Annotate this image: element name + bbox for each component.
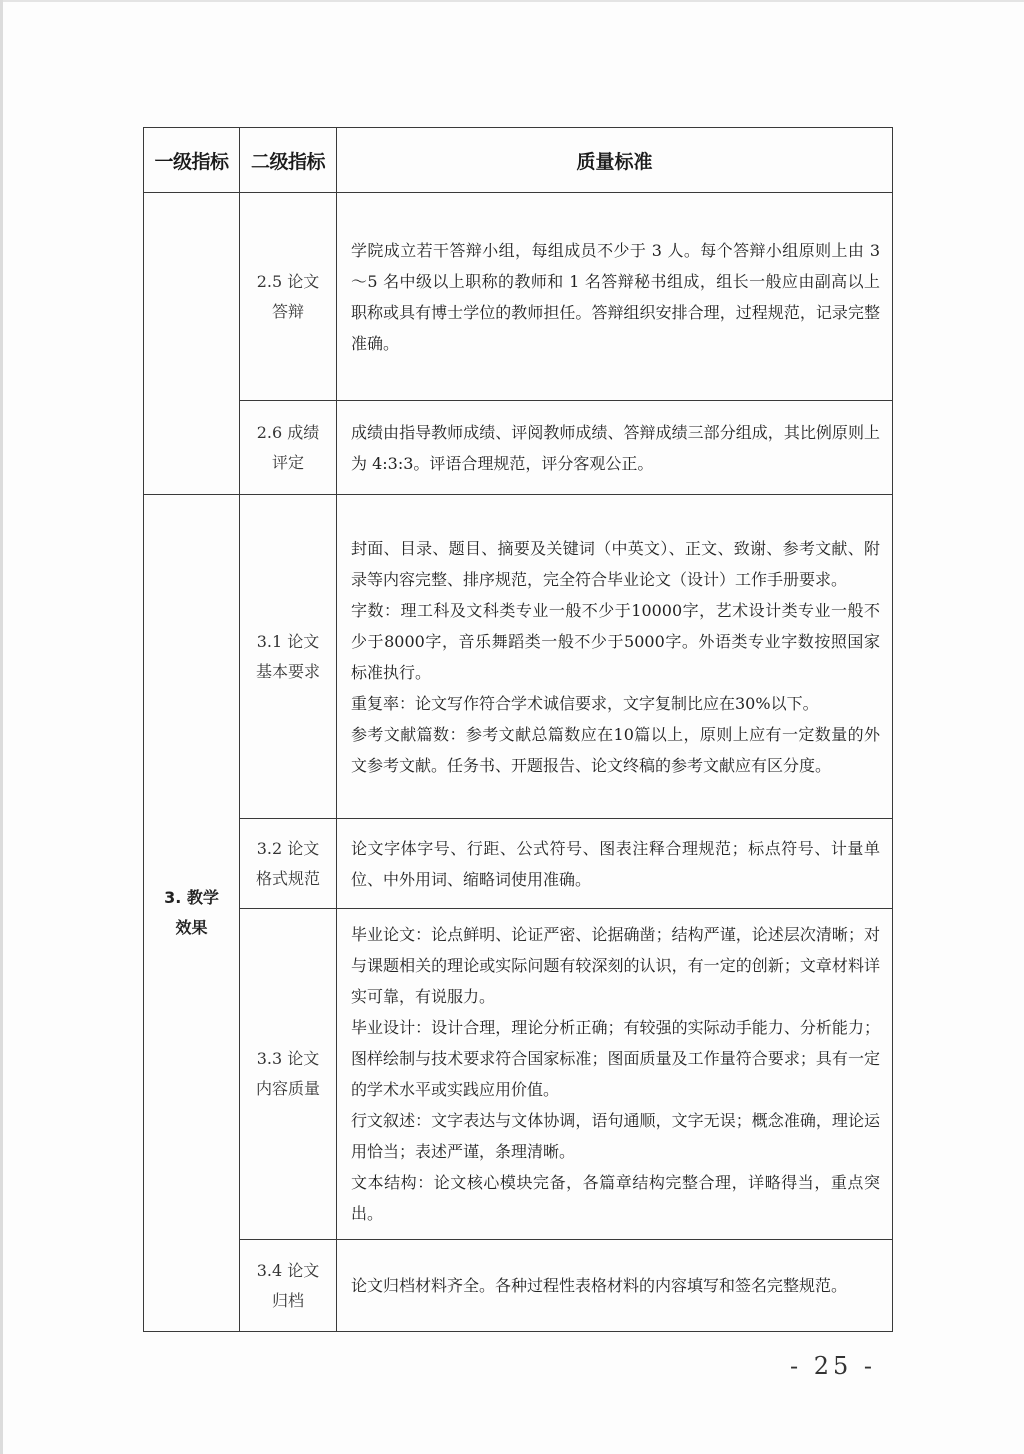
standard-cell: 论文字体字号、行距、公式符号、图表注释合理规范；标点符号、计量单位、中外用词、缩… [337, 819, 893, 909]
header-level2-indicator: 二级指标 [240, 128, 337, 193]
page-number: - 25 - [790, 1352, 876, 1380]
header-quality-standard: 质量标准 [337, 128, 893, 193]
table-row: 2.6 成绩 评定 成绩由指导教师成绩、评阅教师成绩、答辩成绩三部分组成，其比例… [144, 401, 893, 495]
level1-cell-empty [144, 193, 240, 495]
table-row: 3.2 论文 格式规范 论文字体字号、行距、公式符号、图表注释合理规范；标点符号… [144, 819, 893, 909]
header-level1-indicator: 一级指标 [144, 128, 240, 193]
standard-cell: 成绩由指导教师成绩、评阅教师成绩、答辩成绩三部分组成，其比例原则上为 4:3:3… [337, 401, 893, 495]
level2-cell: 2.6 成绩 评定 [240, 401, 337, 495]
table-header-row: 一级指标 二级指标 质量标准 [144, 128, 893, 193]
table-row: 3.3 论文 内容质量 毕业论文：论点鲜明、论证严密、论据确凿；结构严谨，论述层… [144, 909, 893, 1240]
level2-cell: 3.3 论文 内容质量 [240, 909, 337, 1240]
level2-cell: 3.4 论文 归档 [240, 1240, 337, 1332]
standard-cell: 毕业论文：论点鲜明、论证严密、论据确凿；结构严谨，论述层次清晰；对与课题相关的理… [337, 909, 893, 1240]
quality-standards-table: 一级指标 二级指标 质量标准 2.5 论文 答辩 学院成立若干答辩小组，每组成员… [143, 127, 893, 1332]
page-edge [0, 0, 1024, 2]
level1-cell: 3. 教学 效果 [144, 495, 240, 1332]
table-row: 3. 教学 效果 3.1 论文 基本要求 封面、目录、题目、摘要及关键词（中英文… [144, 495, 893, 819]
table-row: 3.4 论文 归档 论文归档材料齐全。各种过程性表格材料的内容填写和签名完整规范… [144, 1240, 893, 1332]
table-row: 2.5 论文 答辩 学院成立若干答辩小组，每组成员不少于 3 人。每个答辩小组原… [144, 193, 893, 401]
standard-cell: 封面、目录、题目、摘要及关键词（中英文）、正文、致谢、参考文献、附录等内容完整、… [337, 495, 893, 819]
standard-cell: 学院成立若干答辩小组，每组成员不少于 3 人。每个答辩小组原则上由 3～5 名中… [337, 193, 893, 401]
standard-cell: 论文归档材料齐全。各种过程性表格材料的内容填写和签名完整规范。 [337, 1240, 893, 1332]
page-edge [0, 0, 3, 1454]
level2-cell: 3.2 论文 格式规范 [240, 819, 337, 909]
level2-cell: 3.1 论文 基本要求 [240, 495, 337, 819]
level2-cell: 2.5 论文 答辩 [240, 193, 337, 401]
